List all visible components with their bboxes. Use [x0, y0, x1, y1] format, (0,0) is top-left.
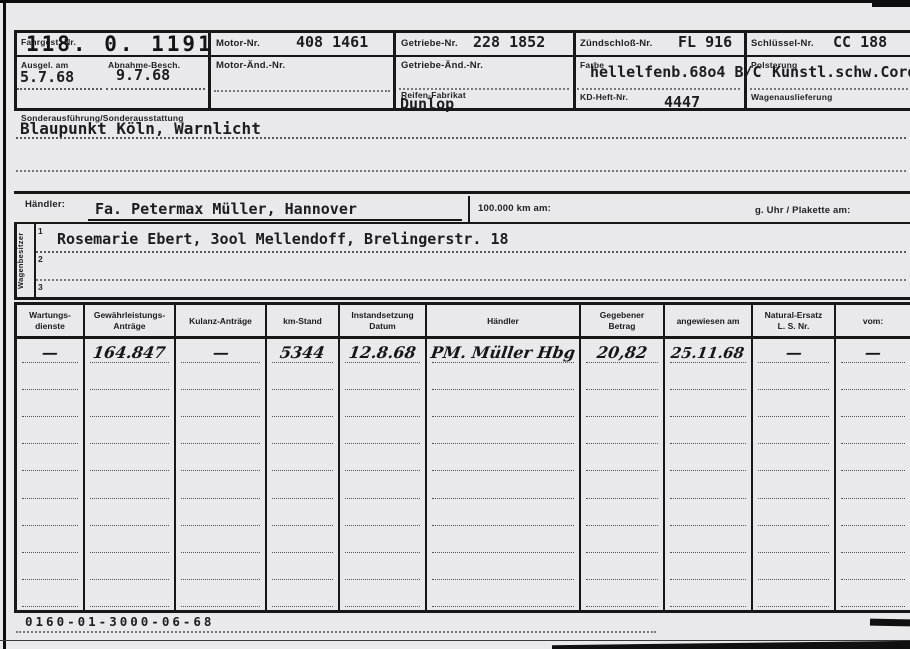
scan-edge-top	[0, 0, 910, 3]
header-goodwill-claims: Kulanz-Anträge	[176, 305, 267, 336]
upholstery-line	[750, 88, 908, 90]
upholstery-value: Kunstl.schw.Cord	[772, 63, 910, 81]
entry-maintenance: —	[41, 343, 60, 362]
table-empty-row	[17, 583, 910, 610]
km-box-left-border	[468, 196, 470, 222]
engine-number-label: Motor-Nr.	[216, 38, 260, 49]
table-body: — 164.847 — 5344 12.8.68 PM. Müller Hbg …	[17, 339, 910, 610]
header-km-reading: km-Stand	[267, 305, 340, 336]
table-empty-row	[17, 393, 910, 420]
table-empty-row	[17, 366, 910, 393]
dealer-label: Händler:	[25, 199, 65, 210]
header-maintenance-services: Wartungs- dienste	[17, 305, 85, 336]
delivered-date-line	[17, 88, 102, 90]
special-equipment-value: Blaupunkt Köln, Warnlicht	[20, 119, 261, 138]
gearbox-number-label: Getriebe-Nr.	[401, 38, 458, 49]
footer-line	[16, 631, 656, 633]
dealer-underline	[88, 219, 462, 221]
header-amount-given: Gegebener Betrag	[581, 305, 665, 336]
entry-warranty-claim: 164.847	[92, 343, 167, 362]
owner-row1-value: Rosemarie Ebert, 3ool Mellendoff, Brelin…	[57, 230, 509, 248]
special-equipment-bottom-border	[14, 191, 910, 194]
special-equipment-line-1	[16, 137, 906, 139]
scan-edge-bottom	[0, 640, 910, 641]
owner-row2-number: 2	[38, 254, 43, 264]
entry-from: —	[864, 343, 883, 362]
table-empty-row	[17, 529, 910, 556]
service-table: Wartungs- dienste Gewährleistungs- Anträ…	[14, 302, 910, 613]
tire-brand-value: Dunlop	[400, 95, 454, 113]
gearbox-number-value: 228 1852	[473, 33, 545, 51]
scan-mark	[870, 619, 910, 627]
owner-row1-line	[36, 251, 906, 253]
ignition-lock-number-value: FL 916	[678, 33, 732, 51]
entry-amount: 20,82	[596, 343, 649, 362]
header-col-divider-3	[573, 30, 576, 111]
entry-km-reading: 5344	[279, 343, 326, 362]
entry-repair-date: 12.8.68	[348, 343, 417, 362]
gearbox-mod-number-label: Getriebe-Änd.-Nr.	[401, 60, 483, 71]
delivered-date-value: 5.7.68	[20, 68, 74, 86]
engine-number-value: 408 1461	[296, 33, 368, 51]
owner-row3-number: 3	[38, 282, 43, 292]
table-empty-row	[17, 502, 910, 529]
service-record-card: Fahrgest.-Nr. 118. 0. 1191 Motor-Nr. 408…	[0, 0, 910, 649]
owner-row1-number: 1	[38, 226, 43, 236]
acceptance-cert-line	[106, 88, 205, 90]
header-col-divider-2	[393, 30, 396, 111]
header-from: vom:	[836, 305, 910, 336]
kd-booklet-number-value: 4447	[664, 93, 700, 111]
chassis-number-value: 118. 0. 1191	[26, 32, 214, 56]
engine-mod-line	[214, 90, 390, 92]
entry-goodwill-claim: —	[211, 343, 230, 362]
header-repair-date: Instandsetzung Datum	[340, 305, 427, 336]
acceptance-cert-value: 9.7.68	[116, 66, 170, 84]
header-box-left-border	[14, 30, 17, 110]
color-line	[577, 88, 740, 90]
header-warranty-claims: Gewährleistungs- Anträge	[85, 305, 176, 336]
ignition-lock-number-label: Zündschloß-Nr.	[580, 38, 652, 49]
table-empty-row	[17, 420, 910, 447]
table-empty-row	[17, 474, 910, 501]
scan-edge-top-right	[872, 0, 910, 7]
owner-row2-line	[36, 279, 906, 281]
header-dealer: Händler	[427, 305, 581, 336]
color-value: hellelfenb.68o4 B/C	[590, 63, 762, 81]
engine-mod-number-label: Motor-Änd.-Nr.	[216, 60, 285, 71]
dealer-value: Fa. Petermax Müller, Hannover	[95, 200, 357, 218]
header-box-bottom-border	[14, 108, 910, 111]
table-header-row: Wartungs- dienste Gewährleistungs- Anträ…	[17, 305, 910, 339]
entry-instructed-date: 25.11.68	[670, 344, 746, 362]
owner-box-bottom-border	[14, 297, 910, 300]
form-number: 0160-01-3000-06-68	[25, 614, 214, 629]
header-replacement-parts: Natural-Ersatz L. S. Nr.	[753, 305, 836, 336]
kd-booklet-number-label: KD-Heft-Nr.	[580, 92, 628, 102]
scan-edge-left	[3, 0, 6, 649]
key-number-label: Schlüssel-Nr.	[751, 38, 814, 49]
owner-box-top-border	[14, 222, 910, 224]
clock-badge-label: g. Uhr / Plakette am:	[755, 205, 851, 216]
special-equipment-line-2	[16, 170, 906, 172]
owner-vertical-label: Wagenbesitzer	[16, 224, 34, 298]
key-number-value: CC 188	[833, 33, 887, 51]
scan-shadow-bottom-right	[552, 641, 910, 649]
entry-replacement: —	[784, 343, 803, 362]
table-empty-row	[17, 447, 910, 474]
table-entry-row: — 164.847 — 5344 12.8.68 PM. Müller Hbg …	[17, 339, 910, 366]
entry-dealer: PM. Müller Hbg	[430, 343, 577, 362]
table-empty-row	[17, 556, 910, 583]
header-instructed-on: angewiesen am	[665, 305, 753, 336]
km-100000-label: 100.000 km am:	[478, 203, 551, 214]
owner-vertical-label-box: Wagenbesitzer	[16, 224, 36, 298]
vehicle-delivery-label: Wagenauslieferung	[751, 92, 833, 102]
